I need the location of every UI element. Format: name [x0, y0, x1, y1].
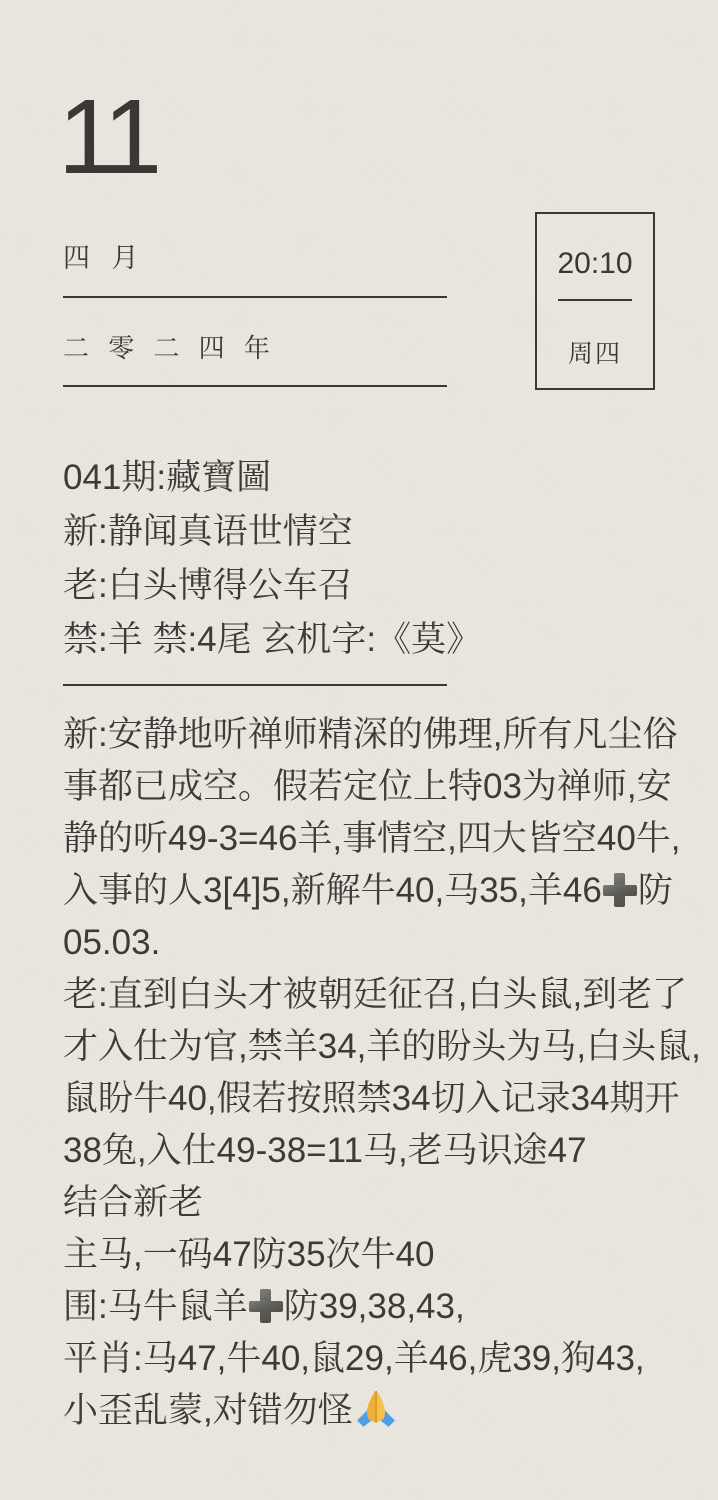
text-line: 小歪乱蒙,对错勿怪: [63, 1385, 673, 1437]
intro-block: 041期:藏寶圖 新:静闻真语世情空 老:白头博得公车召 禁:羊 禁:4尾 玄机…: [63, 451, 663, 667]
text-line: 平肖:马47,牛40,鼠29,羊46,虎39,狗43,: [63, 1333, 673, 1385]
analysis-text: 新:安静地听禅师精深的佛理,所有凡尘俗 事都已成空。假若定位上特03为禅师,安 …: [63, 709, 673, 1437]
text-line: 结合新老: [63, 1177, 673, 1229]
riddle-old: 老:白头博得公车召: [63, 559, 663, 613]
time-label: 20:10: [537, 247, 653, 281]
riddle-new: 新:静闻真语世情空: [63, 505, 663, 559]
calendar-tip-card: 11 四 月 二 零 二 四 年 20:10 周四 041期:藏寶圖 新:静闻真…: [0, 0, 718, 1500]
section-divider: [63, 684, 447, 686]
datetime-box: 20:10 周四: [535, 212, 655, 390]
text-line: 新:安静地听禅师精深的佛理,所有凡尘俗: [63, 709, 673, 761]
text-line: 38兔,入仕49-38=11马,老马识途47: [63, 1125, 673, 1177]
day-number: 11: [58, 84, 156, 190]
text-line: 05.03.: [63, 917, 673, 969]
text-line: 事都已成空。假若定位上特03为禅师,安: [63, 761, 673, 813]
text-segment: 围:马牛鼠羊: [63, 1287, 248, 1326]
text-line: 静的听49-3=46羊,事情空,四大皆空40牛,: [63, 813, 673, 865]
text-line: 鼠盼牛40,假若按照禁34切入记录34期开: [63, 1073, 673, 1125]
year-label: 二 零 二 四 年: [63, 328, 276, 365]
text-segment: 防39,38,43,: [284, 1287, 465, 1326]
month-divider: [63, 296, 447, 298]
text-line: 主马,一码47防35次牛40: [63, 1229, 673, 1281]
weekday-label: 周四: [537, 334, 653, 370]
text-line: 入事的人3[4]5,新解牛40,马35,羊46防: [63, 865, 673, 917]
text-line: 才入仕为官,禁羊34,羊的盼头为马,白头鼠,: [63, 1021, 673, 1073]
text-segment: 小歪乱蒙,对错勿怪: [63, 1391, 353, 1430]
text-line: 围:马牛鼠羊防39,38,43,: [63, 1281, 673, 1333]
plus-icon: [249, 1289, 283, 1323]
year-divider: [63, 385, 447, 387]
ban-line: 禁:羊 禁:4尾 玄机字:《莫》: [63, 613, 663, 667]
text-segment: 防: [638, 871, 673, 910]
text-segment: 入事的人3[4]5,新解牛40,马35,羊46: [63, 871, 602, 910]
folded-hands-icon: [355, 1388, 397, 1430]
plus-icon: [603, 873, 637, 907]
month-label: 四 月: [63, 236, 146, 275]
datetime-divider: [558, 299, 632, 301]
text-line: 老:直到白头才被朝廷征召,白头鼠,到老了: [63, 969, 673, 1021]
issue-title: 041期:藏寶圖: [63, 451, 663, 505]
